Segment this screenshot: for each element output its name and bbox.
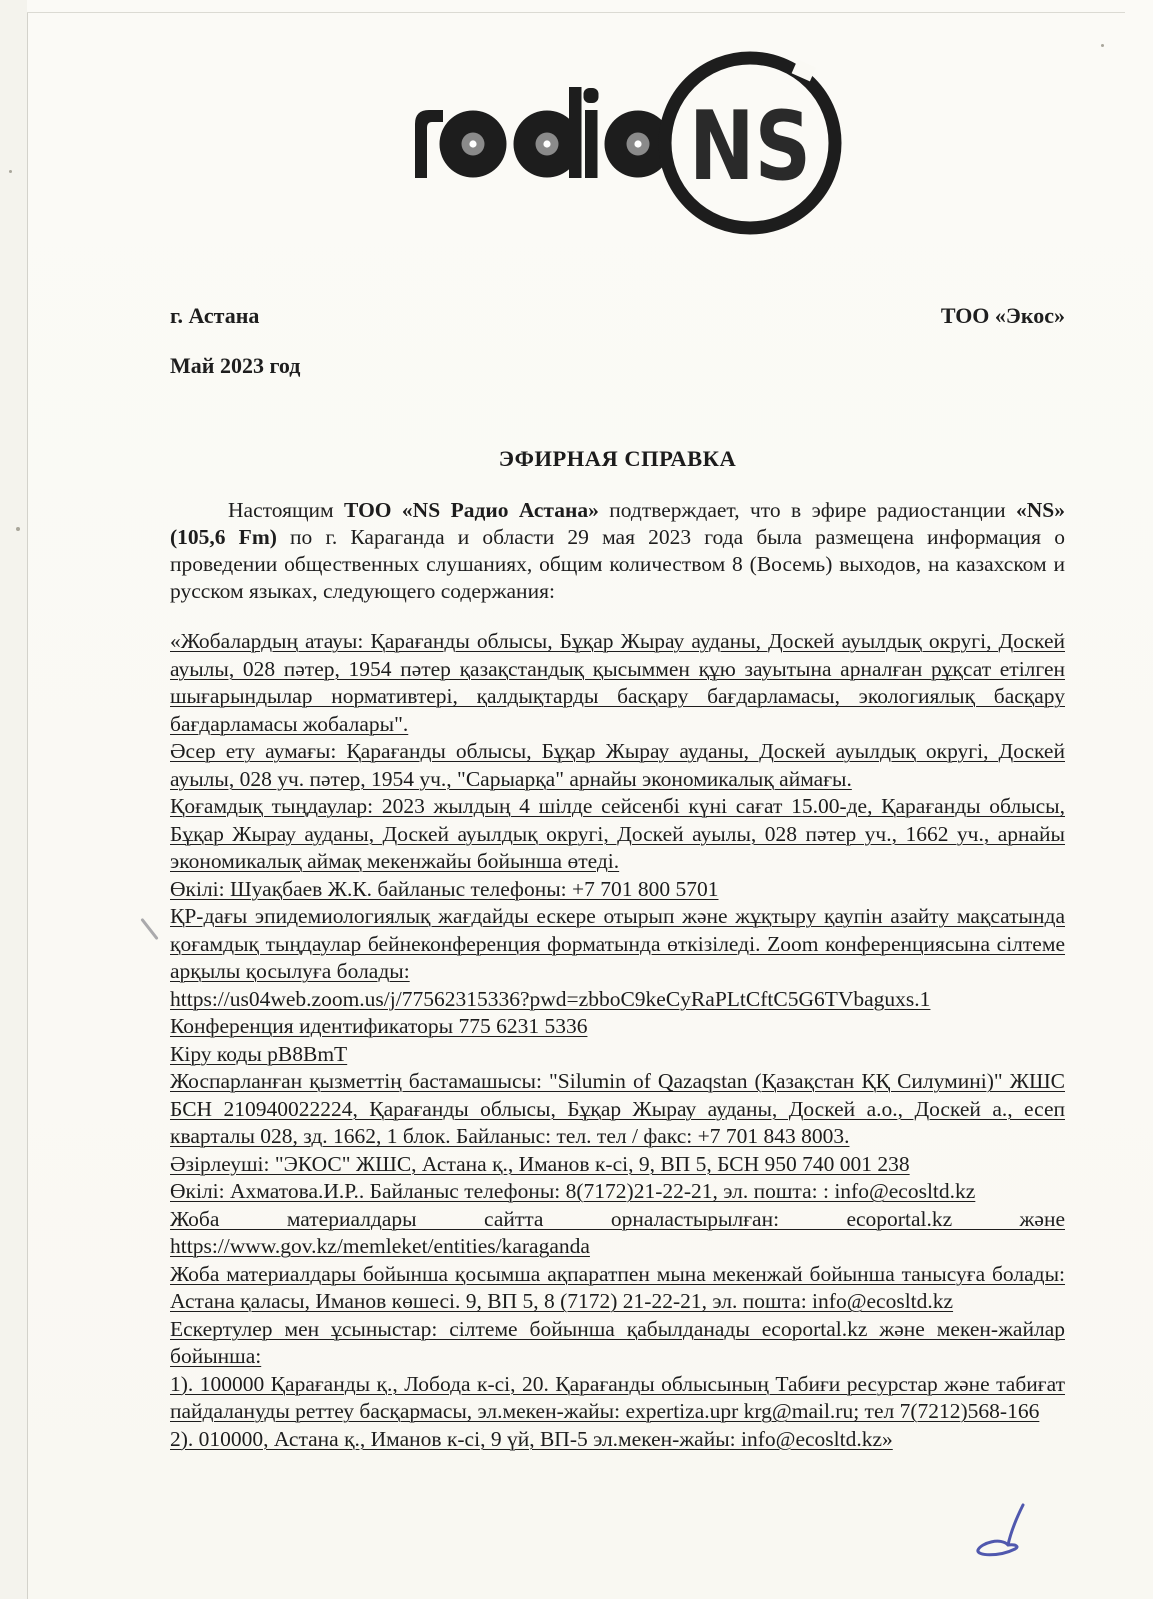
handwritten-mark-graphic [965,1495,1065,1580]
date-label: Май 2023 год [170,353,1065,379]
intro-paragraph: Настоящим ТОО «NS Радио Астана» подтверж… [170,497,1065,605]
body-paragraph: Өкілі: Ахматова.И.Р.. Байланыс телефоны:… [170,1178,1065,1206]
body-paragraph: Кіру коды pB8BmT [170,1041,1065,1069]
body-paragraph: https://us04web.zoom.us/j/77562315336?pw… [170,986,1065,1014]
scan-speck [9,170,12,173]
vinyl-record-icon [440,111,507,178]
radio-ns-logo: NS [398,50,844,242]
body-paragraph: Жоспарланған қызметтің бастамашысы: "Sil… [170,1068,1065,1151]
body-paragraph: ҚР-дағы эпидемиологиялық жағдайды ескере… [170,903,1065,986]
vinyl-record-icon [514,87,582,178]
body-paragraph: Өкілі: Шуақбаев Ж.К. байланыс телефоны: … [170,876,1065,904]
document-title: ЭФИРНАЯ СПРАВКА [170,446,1065,472]
body-paragraph: Конференция идентификаторы 775 6231 5336 [170,1013,1065,1041]
body-paragraph: Қоғамдық тыңдаулар: 2023 жылдың 4 шілде … [170,793,1065,876]
body-paragraph: Ескертулер мен ұсыныстар: сілтеме бойынш… [170,1316,1065,1371]
radio-ns-logo-graphic: NS [398,50,844,242]
scan-edge-strip [0,0,27,1599]
intro-text: Настоящим [228,498,344,522]
scan-speck [16,527,20,531]
scan-edge-line-horizontal [27,12,1125,13]
logo-letter-i [584,88,599,178]
company-label: ТОО «Экос» [941,303,1065,329]
scan-edge-line-vertical [27,12,28,1599]
body-paragraph: 2). 010000, Астана қ., Иманов к-сі, 9 үй… [170,1426,1065,1454]
logo-letter-r [415,110,443,178]
body-paragraph: 1). 100000 Қарағанды қ., Лобода к-сі, 20… [170,1371,1065,1426]
body-paragraph: Әзірлеуші: "ЭКОС" ЖШС, Астана қ., Иманов… [170,1151,1065,1179]
ns-circle-emblem: NS [665,58,835,228]
pencil-stray-mark [140,918,158,940]
handwritten-page-mark [965,1495,1065,1580]
body-text: «Жобалардың атауы: Қарағанды облысы, Бұқ… [170,628,1065,1453]
intro-text: по г. Караганда и области 29 мая 2023 го… [170,525,1065,603]
body-paragraph: Жоба материалдары бойынша қосымша ақпара… [170,1261,1065,1316]
city-label: г. Астана [170,303,259,329]
document-header-row: г. Астана ТОО «Экос» [170,303,1065,329]
body-paragraph: Әсер ету аумағы: Қарағанды облысы, Бұқар… [170,738,1065,793]
scan-speck [1101,44,1104,47]
broadcaster-name: ТОО «NS Радио Астана» [344,498,599,522]
scanned-document-page: NS г. Астана ТОО «Экос» Май 2023 год ЭФИ… [0,0,1153,1599]
logo-ns-text: NS [689,92,811,202]
body-paragraph: Жоба материалдары сайтта орналастырылған… [170,1206,1065,1261]
intro-text: подтверждает, что в эфире радиостанции [599,498,1016,522]
body-paragraph: «Жобалардың атауы: Қарағанды облысы, Бұқ… [170,628,1065,738]
